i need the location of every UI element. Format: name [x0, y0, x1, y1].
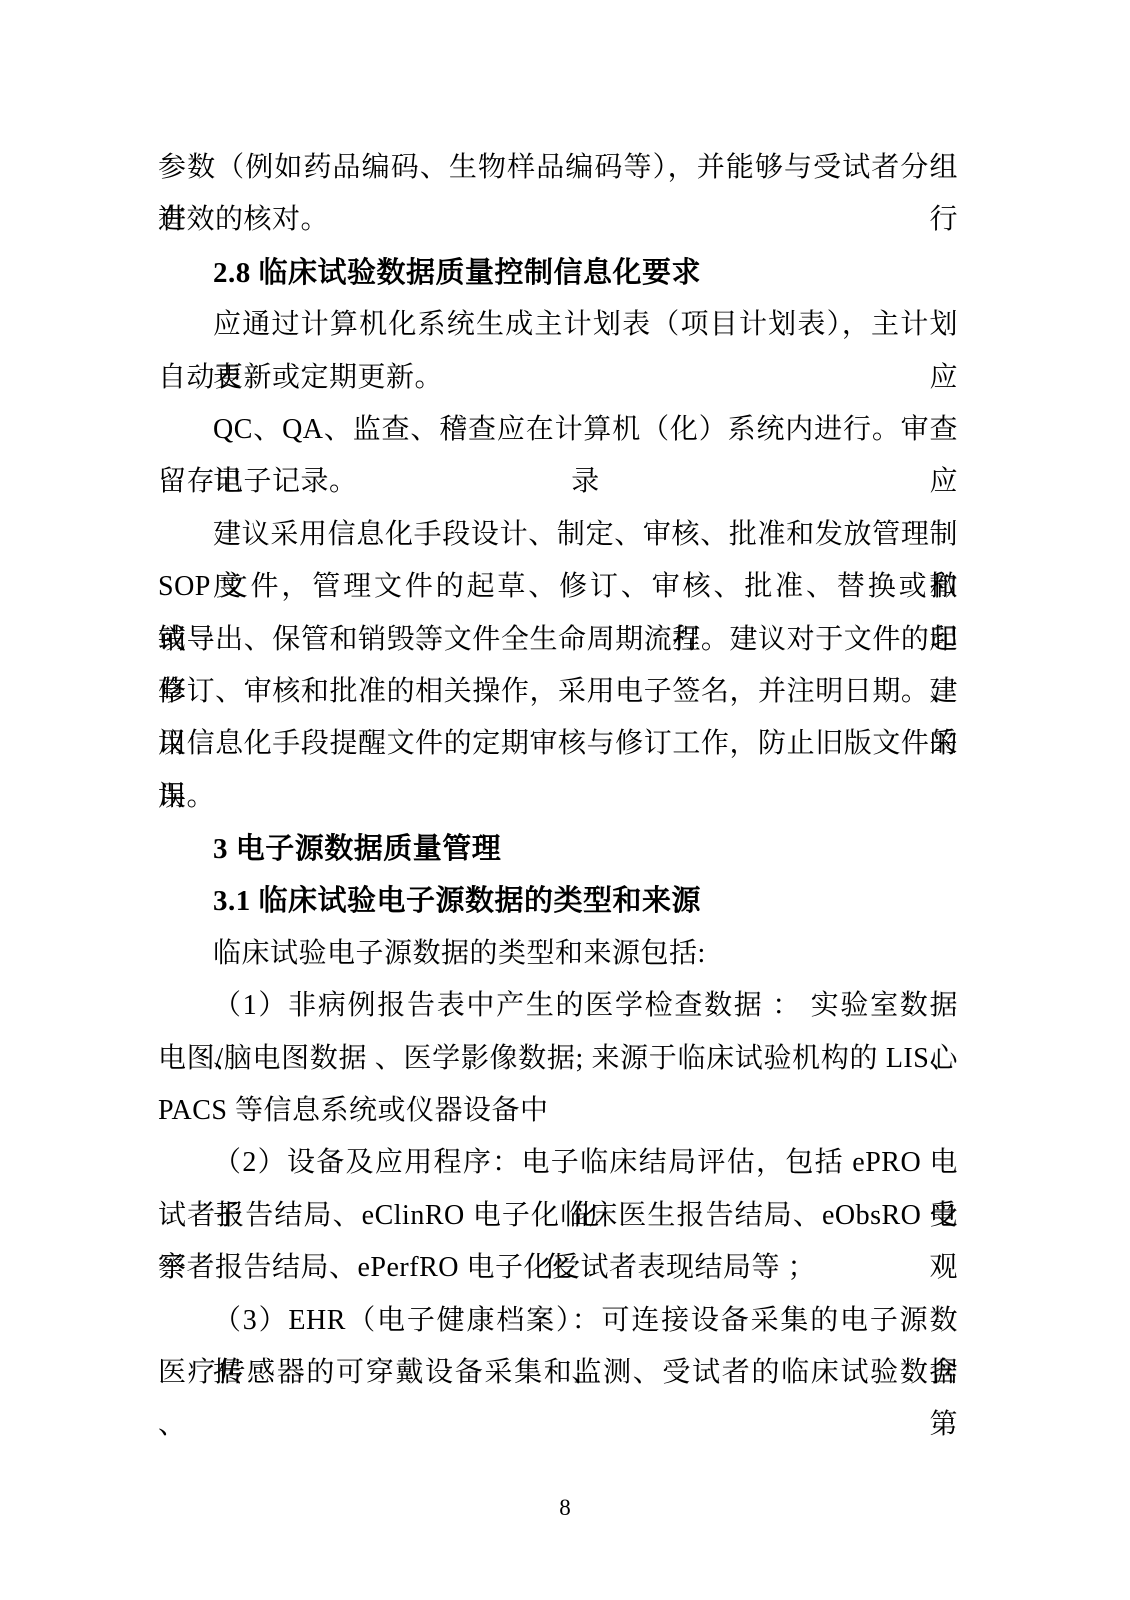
- text-line: QC、QA、监查、稽查应在计算机（化）系统内进行。审查记录应: [158, 404, 958, 456]
- text-line: PACS 等信息系统或仪器设备中: [158, 1085, 958, 1137]
- text-line: 医疗传感器的可穿戴设备采集和监测、受试者的临床试验数据 、第: [158, 1347, 958, 1399]
- section-heading-2-8: 2.8 临床试验数据质量控制信息化要求: [158, 247, 958, 299]
- text-line: 修订、审核和批准的相关操作，采用电子签名，并注明日期。建议采: [158, 666, 958, 718]
- text-line: 建议采用信息化手段设计、制定、审核、批准和发放管理制度和: [158, 509, 958, 561]
- text-line: 应通过计算机化系统生成主计划表（项目计划表），主计划表应: [158, 299, 958, 351]
- text-line: （3）EHR（电子健康档案）：可连接设备采集的电子源数据、含: [158, 1295, 958, 1347]
- document-page: 参数（例如药品编码、生物样品编码等），并能够与受试者分组进行 有效的核对。 2.…: [0, 0, 1130, 1600]
- text-line: SOP 文件，管理文件的起草、修订、审核、批准、替换或撤销、打印: [158, 561, 958, 613]
- document-body: 参数（例如药品编码、生物样品编码等），并能够与受试者分组进行 有效的核对。 2.…: [158, 142, 958, 1399]
- text-line: （1）非病例报告表中产生的医学检查数据 ： 实验室数据 、心: [158, 980, 958, 1032]
- section-heading-3: 3 电子源数据质量管理: [158, 823, 958, 875]
- text-line: 用信息化手段提醒文件的定期审核与修订工作，防止旧版文件的误: [158, 718, 958, 770]
- text-line: 用。: [158, 771, 958, 823]
- text-line: （2）设备及应用程序：电子临床结局评估，包括 ePRO 电子化受: [158, 1137, 958, 1189]
- page-number: 8: [0, 1492, 1130, 1524]
- text-line: 试者报告结局、eClinRO 电子化临床医生报告结局、eObsRO 电子化观: [158, 1190, 958, 1242]
- text-line: 或导出、保管和销毁等文件全生命周期流程。建议对于文件的起草、: [158, 614, 958, 666]
- text-line: 参数（例如药品编码、生物样品编码等），并能够与受试者分组进行: [158, 142, 958, 194]
- section-heading-3-1: 3.1 临床试验电子源数据的类型和来源: [158, 875, 958, 927]
- text-line: 电图/脑电图数据 、医学影像数据; 来源于临床试验机构的 LIS、: [158, 1033, 958, 1085]
- text-line: 临床试验电子源数据的类型和来源包括:: [158, 928, 958, 980]
